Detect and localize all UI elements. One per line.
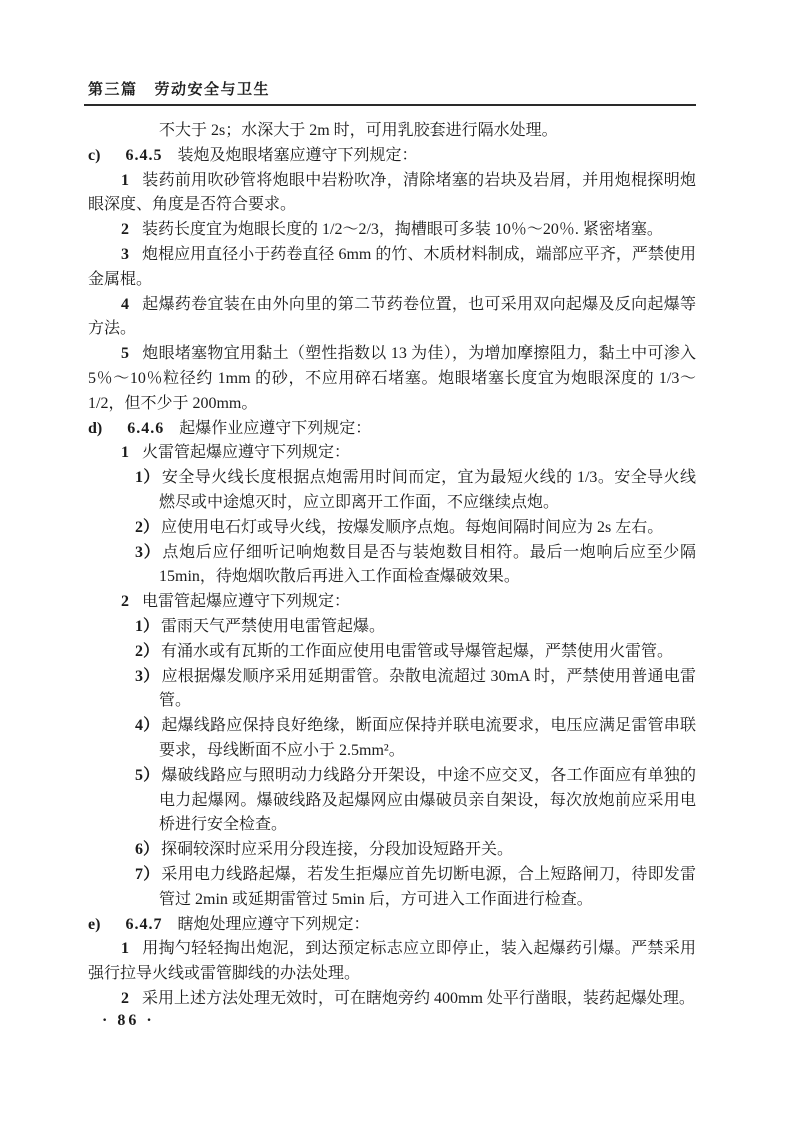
section-number: 6.4.6 <box>127 420 164 437</box>
sub-item-number: 1） <box>135 618 159 635</box>
item-number: 2 <box>121 221 129 238</box>
item-number: 2 <box>121 593 129 610</box>
numbered-item: 1装药前用吹砂管将炮眼中岩粉吹净，清除堵塞的岩块及岩屑，并用炮棍探明炮眼深度、角… <box>88 169 696 219</box>
section-number: 6.4.7 <box>125 916 162 933</box>
sub-item-number: 4） <box>135 717 159 734</box>
sub-item-text: 探硐较深时应采用分段连接，分段加设短路开关。 <box>161 841 513 858</box>
numbered-item: 5炮眼堵塞物宜用黏土（塑性指数以 13 为佳），为增加摩擦阻力，黏土中可渗入 5… <box>88 342 696 416</box>
sub-item-text: 爆破线路应与照明动力线路分开架设，中途不应交叉，各工作面应有单独的电力起爆网。爆… <box>159 767 696 834</box>
item-number: 4 <box>121 296 129 313</box>
sub-item: 2）有涌水或有瓦斯的工作面应使用电雷管或导爆管起爆，严禁使用火雷管。 <box>159 640 696 665</box>
sub-item-number: 7） <box>135 866 159 883</box>
section-heading: d)6.4.6起爆作业应遵守下列规定： <box>88 417 696 442</box>
sub-item-text: 应根据爆发顺序采用延期雷管。杂散电流超过 30mA 时，严禁使用普通电雷管。 <box>159 668 696 710</box>
section-title: 瞎炮处理应遵守下列规定： <box>177 916 369 933</box>
part-label: 第三篇 <box>88 81 138 98</box>
item-text: 用掏勺轻轻掏出炮泥，到达预定标志应立即停止，装入起爆药引爆。严禁采用强行拉导火线… <box>88 940 696 982</box>
sub-item: 3）点炮后应仔细听记响炮数目是否与装炮数目相符。最后一炮响后应至少隔 15min… <box>159 541 696 591</box>
part-title: 劳动安全与卫生 <box>155 81 271 98</box>
item-text: 炮眼堵塞物宜用黏土（塑性指数以 13 为佳），为增加摩擦阻力，黏土中可渗入 5％… <box>88 345 696 412</box>
sub-item: 5）爆破线路应与照明动力线路分开架设，中途不应交叉，各工作面应有单独的电力起爆网… <box>159 764 696 838</box>
item-text: 火雷管起爆应遵守下列规定： <box>142 444 350 461</box>
document-page: 第三篇劳动安全与卫生 不大于 2s；水深大于 2m 时，可用乳胶套进行隔水处理。… <box>0 0 793 1123</box>
numbered-item: 2采用上述方法处理无效时，可在瞎炮旁约 400mm 处平行凿眼，装药起爆处理。 <box>88 987 696 1012</box>
sub-item-text: 起爆线路应保持良好绝缘，断面应保持并联电流要求，电压应满足雷管串联要求，母线断面… <box>159 717 696 759</box>
sub-item-text: 雷雨天气严禁使用电雷管起爆。 <box>161 618 385 635</box>
sub-item-text: 有涌水或有瓦斯的工作面应使用电雷管或导爆管起爆，严禁使用火雷管。 <box>161 643 673 660</box>
numbered-item: 2装药长度宜为炮眼长度的 1/2～2/3，掏槽眼可多装 10％～20％. 紧密堵… <box>88 218 696 243</box>
paragraph-text: 不大于 2s；水深大于 2m 时，可用乳胶套进行隔水处理。 <box>159 122 558 139</box>
item-text: 电雷管起爆应遵守下列规定： <box>142 593 350 610</box>
sub-item-text: 采用电力线路起爆，若发生拒爆应首先切断电源，合上短路闸刀，待即发雷管过 2min… <box>159 866 696 908</box>
sub-item: 4）起爆线路应保持良好绝缘，断面应保持并联电流要求，电压应满足雷管串联要求，母线… <box>159 714 696 764</box>
item-text: 炮棍应用直径小于药卷直径 6mm 的竹、木质材料制成，端部应平齐，严禁使用金属棍… <box>88 246 696 288</box>
sub-item: 1）安全导火线长度根据点炮需用时间而定，宜为最短火线的 1/3。安全导火线燃尽或… <box>159 466 696 516</box>
numbered-item: 1用掏勺轻轻掏出炮泥，到达预定标志应立即停止，装入起爆药引爆。严禁采用强行拉导火… <box>88 937 696 987</box>
running-header: 第三篇劳动安全与卫生 <box>88 78 270 99</box>
section-title: 起爆作业应遵守下列规定： <box>179 420 371 437</box>
item-number: 1 <box>121 940 129 957</box>
header-rule <box>84 104 696 106</box>
item-number: 2 <box>121 990 129 1007</box>
page-number: · 86 · <box>102 1012 155 1030</box>
sub-item-number: 5） <box>135 767 159 784</box>
sub-item-number: 1） <box>135 469 160 486</box>
section-heading: e)6.4.7瞎炮处理应遵守下列规定： <box>88 913 696 938</box>
sub-item: 6）探硐较深时应采用分段连接，分段加设短路开关。 <box>159 838 696 863</box>
numbered-item: 3炮棍应用直径小于药卷直径 6mm 的竹、木质材料制成，端部应平齐，严禁使用金属… <box>88 243 696 293</box>
sub-item-number: 2） <box>135 519 159 536</box>
item-number: 3 <box>121 246 129 263</box>
section-letter: c) <box>88 147 100 164</box>
section-title: 装炮及炮眼堵塞应遵守下列规定： <box>177 147 417 164</box>
sub-item: 1）雷雨天气严禁使用电雷管起爆。 <box>159 615 696 640</box>
document-body: 不大于 2s；水深大于 2m 时，可用乳胶套进行隔水处理。c)6.4.5装炮及炮… <box>88 119 696 1012</box>
section-number: 6.4.5 <box>125 147 162 164</box>
item-number: 5 <box>121 345 129 362</box>
sub-item-text: 点炮后应仔细听记响炮数目是否与装炮数目相符。最后一炮响后应至少隔 15min，待… <box>159 544 696 586</box>
sub-item-number: 3） <box>135 544 160 561</box>
sub-item-text: 应使用电石灯或导火线，按爆发顺序点炮。每炮间隔时间应为 2s 左右。 <box>161 519 663 536</box>
sub-item-number: 3） <box>135 668 159 685</box>
item-text: 装药前用吹砂管将炮眼中岩粉吹净，清除堵塞的岩块及岩屑，并用炮棍探明炮眼深度、角度… <box>88 172 696 214</box>
item-number: 1 <box>121 172 129 189</box>
section-letter: d) <box>88 420 102 437</box>
sub-item-text: 安全导火线长度根据点炮需用时间而定，宜为最短火线的 1/3。安全导火线燃尽或中途… <box>159 469 696 511</box>
numbered-item: 2电雷管起爆应遵守下列规定： <box>88 590 696 615</box>
item-number: 1 <box>121 444 129 461</box>
paragraph-continuation: 不大于 2s；水深大于 2m 时，可用乳胶套进行隔水处理。 <box>88 119 696 144</box>
sub-item: 2）应使用电石灯或导火线，按爆发顺序点炮。每炮间隔时间应为 2s 左右。 <box>159 516 696 541</box>
sub-item-number: 6） <box>135 841 159 858</box>
section-heading: c)6.4.5装炮及炮眼堵塞应遵守下列规定： <box>88 144 696 169</box>
sub-item: 7）采用电力线路起爆，若发生拒爆应首先切断电源，合上短路闸刀，待即发雷管过 2m… <box>159 863 696 913</box>
item-text: 起爆药卷宜装在由外向里的第二节药卷位置，也可采用双向起爆及反向起爆等方法。 <box>88 296 696 338</box>
item-text: 装药长度宜为炮眼长度的 1/2～2/3，掏槽眼可多装 10％～20％. 紧密堵塞… <box>142 221 663 238</box>
numbered-item: 1火雷管起爆应遵守下列规定： <box>88 441 696 466</box>
sub-item: 3）应根据爆发顺序采用延期雷管。杂散电流超过 30mA 时，严禁使用普通电雷管。 <box>159 665 696 715</box>
sub-item-number: 2） <box>135 643 159 660</box>
section-letter: e) <box>88 916 100 933</box>
item-text: 采用上述方法处理无效时，可在瞎炮旁约 400mm 处平行凿眼，装药起爆处理。 <box>142 990 695 1007</box>
numbered-item: 4起爆药卷宜装在由外向里的第二节药卷位置，也可采用双向起爆及反向起爆等方法。 <box>88 293 696 343</box>
